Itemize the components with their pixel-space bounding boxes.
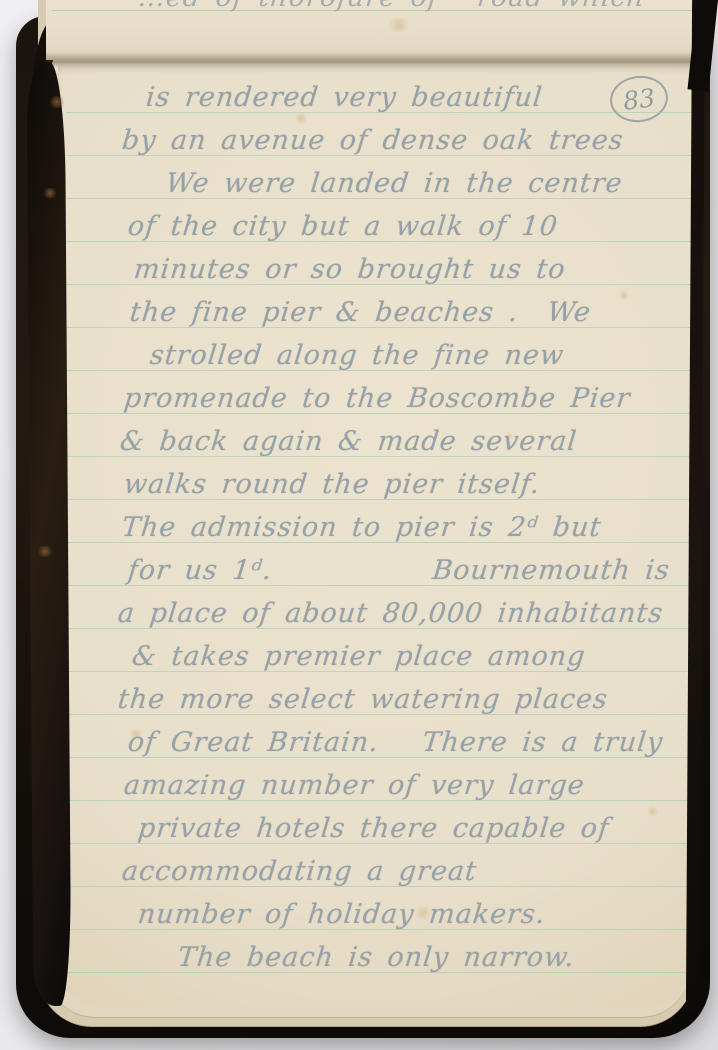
notebook-page: 83 is rendered very beautifulby an avenu… — [58, 64, 696, 1008]
age-spot — [386, 18, 412, 32]
handwriting-line: accommodating a great — [120, 852, 479, 892]
page-number: 83 — [607, 73, 670, 126]
handwriting-line: the more select watering places — [116, 680, 610, 720]
handwriting-line: number of holiday makers. — [136, 895, 548, 935]
previous-page-text: …ed of thorofare of ^road which — [136, 0, 647, 18]
page-number-value: 83 — [621, 83, 656, 116]
handwriting-line: of Great Britain. There is a truly — [126, 723, 665, 763]
handwriting-line: We were landed in the centre — [164, 164, 625, 204]
handwriting-line: minutes or so brought us to — [132, 250, 568, 290]
handwriting-line: amazing number of very large — [122, 766, 587, 806]
handwriting-line: The beach is only narrow. — [176, 938, 577, 978]
handwriting-line: promenade to the Boscombe Pier — [122, 379, 633, 419]
handwriting-line: private hotels there capable of — [136, 809, 611, 849]
handwriting-line: for us 1ᵈ. Bournemouth is — [126, 551, 672, 591]
handwriting-line: is rendered very beautiful — [144, 78, 545, 118]
handwriting-line: the fine pier & beaches . We — [128, 293, 593, 333]
handwriting-line: The admission to pier is 2ᵈ but — [120, 508, 604, 548]
leather-wear-spot — [36, 546, 54, 557]
age-spot — [618, 290, 630, 301]
handwriting-line: by an avenue of dense oak trees — [120, 121, 626, 161]
leather-wear-spot — [42, 188, 58, 198]
handwriting-line: walks round the pier itself. — [122, 465, 542, 505]
photo-backdrop: …ed of thorofare of ^road which 83 is re… — [0, 0, 718, 1050]
handwriting-line: strolled along the fine new — [148, 336, 566, 376]
age-spot — [646, 806, 659, 817]
previous-page-edge: …ed of thorofare of ^road which — [46, 0, 704, 60]
leather-spine — [27, 62, 72, 1006]
leather-wear-spot — [48, 96, 66, 108]
handwriting-line: & takes premier place among — [130, 637, 588, 677]
handwriting-line: a place of about 80,000 inhabitants — [116, 594, 665, 634]
handwriting-line: & back again & made several — [118, 422, 579, 462]
handwriting-line: of the city but a walk of 10 — [126, 207, 560, 247]
